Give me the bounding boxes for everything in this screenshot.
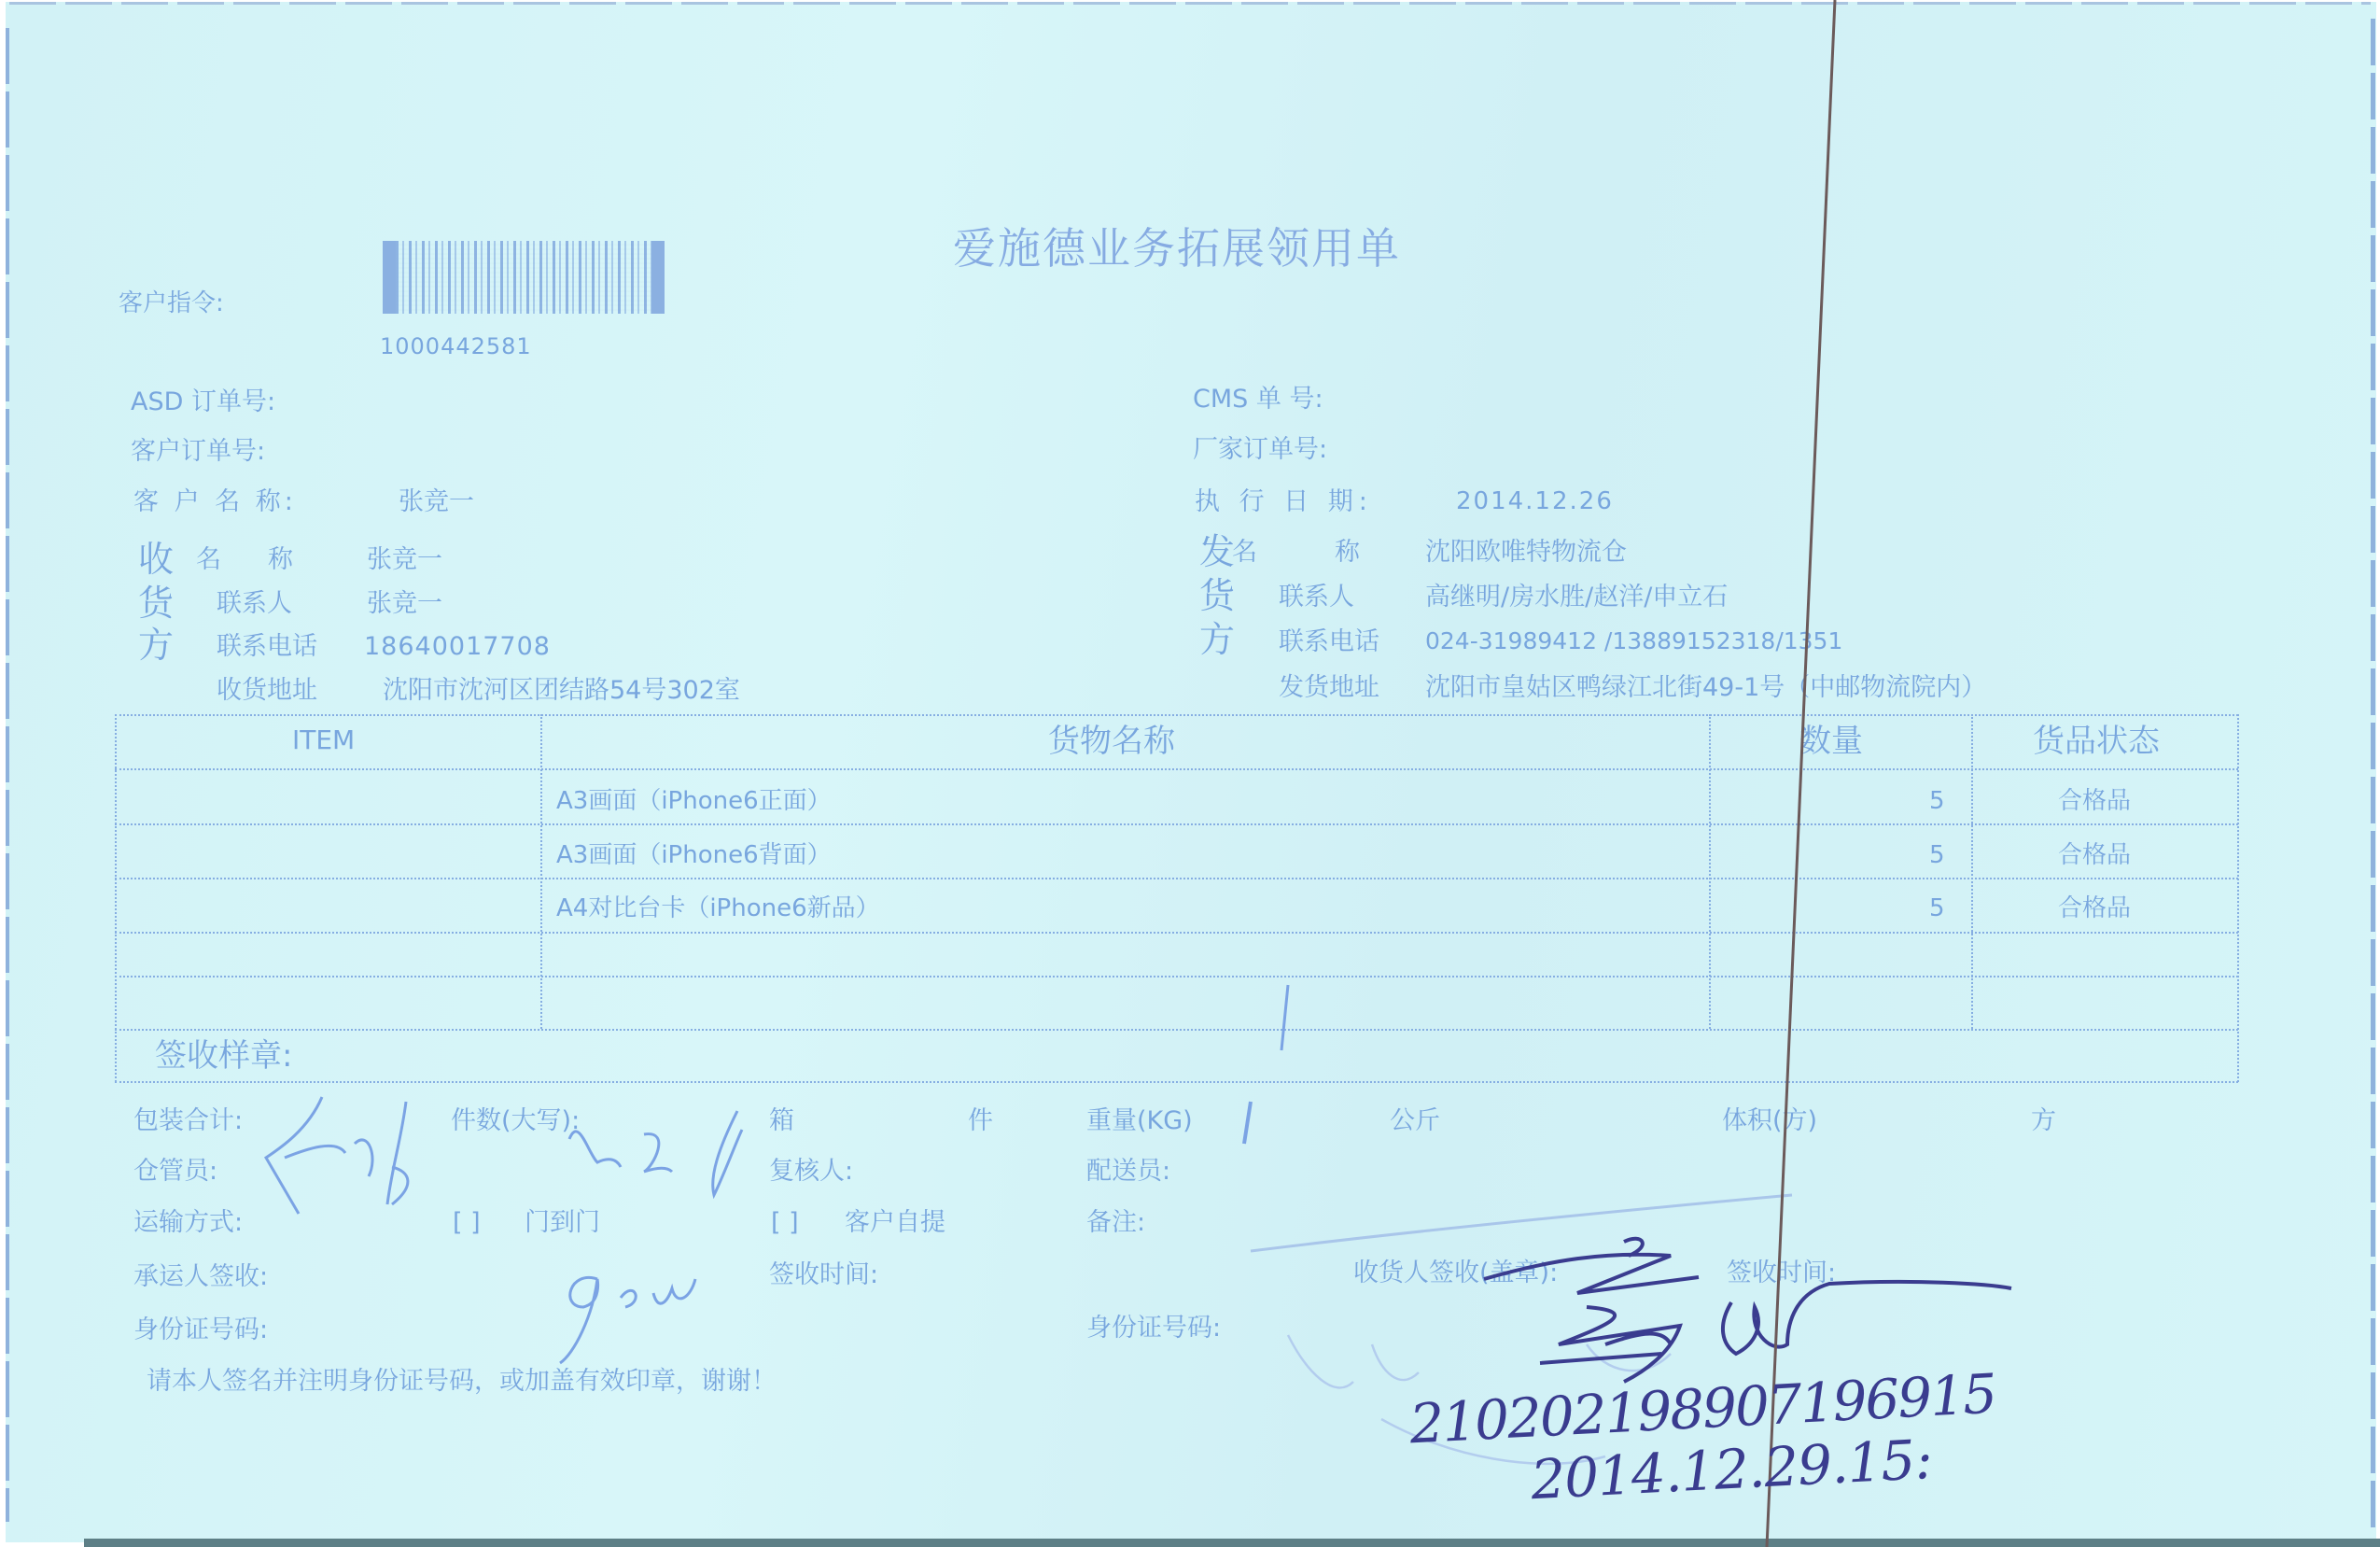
faint-stroke-icon	[1251, 1195, 1792, 1251]
warehouse-signature-icon	[266, 1097, 408, 1214]
handwriting-overlay	[0, 0, 2380, 1547]
warehouse-signature-date-icon	[569, 1111, 742, 1195]
fold-line-icon	[1767, 0, 1835, 1547]
pen-stroke-icon	[1281, 985, 1288, 1050]
consignee-signature-icon	[1484, 1239, 2011, 1382]
weight-mark-icon	[1244, 1102, 1251, 1144]
carrier-signature-icon	[560, 1277, 695, 1363]
